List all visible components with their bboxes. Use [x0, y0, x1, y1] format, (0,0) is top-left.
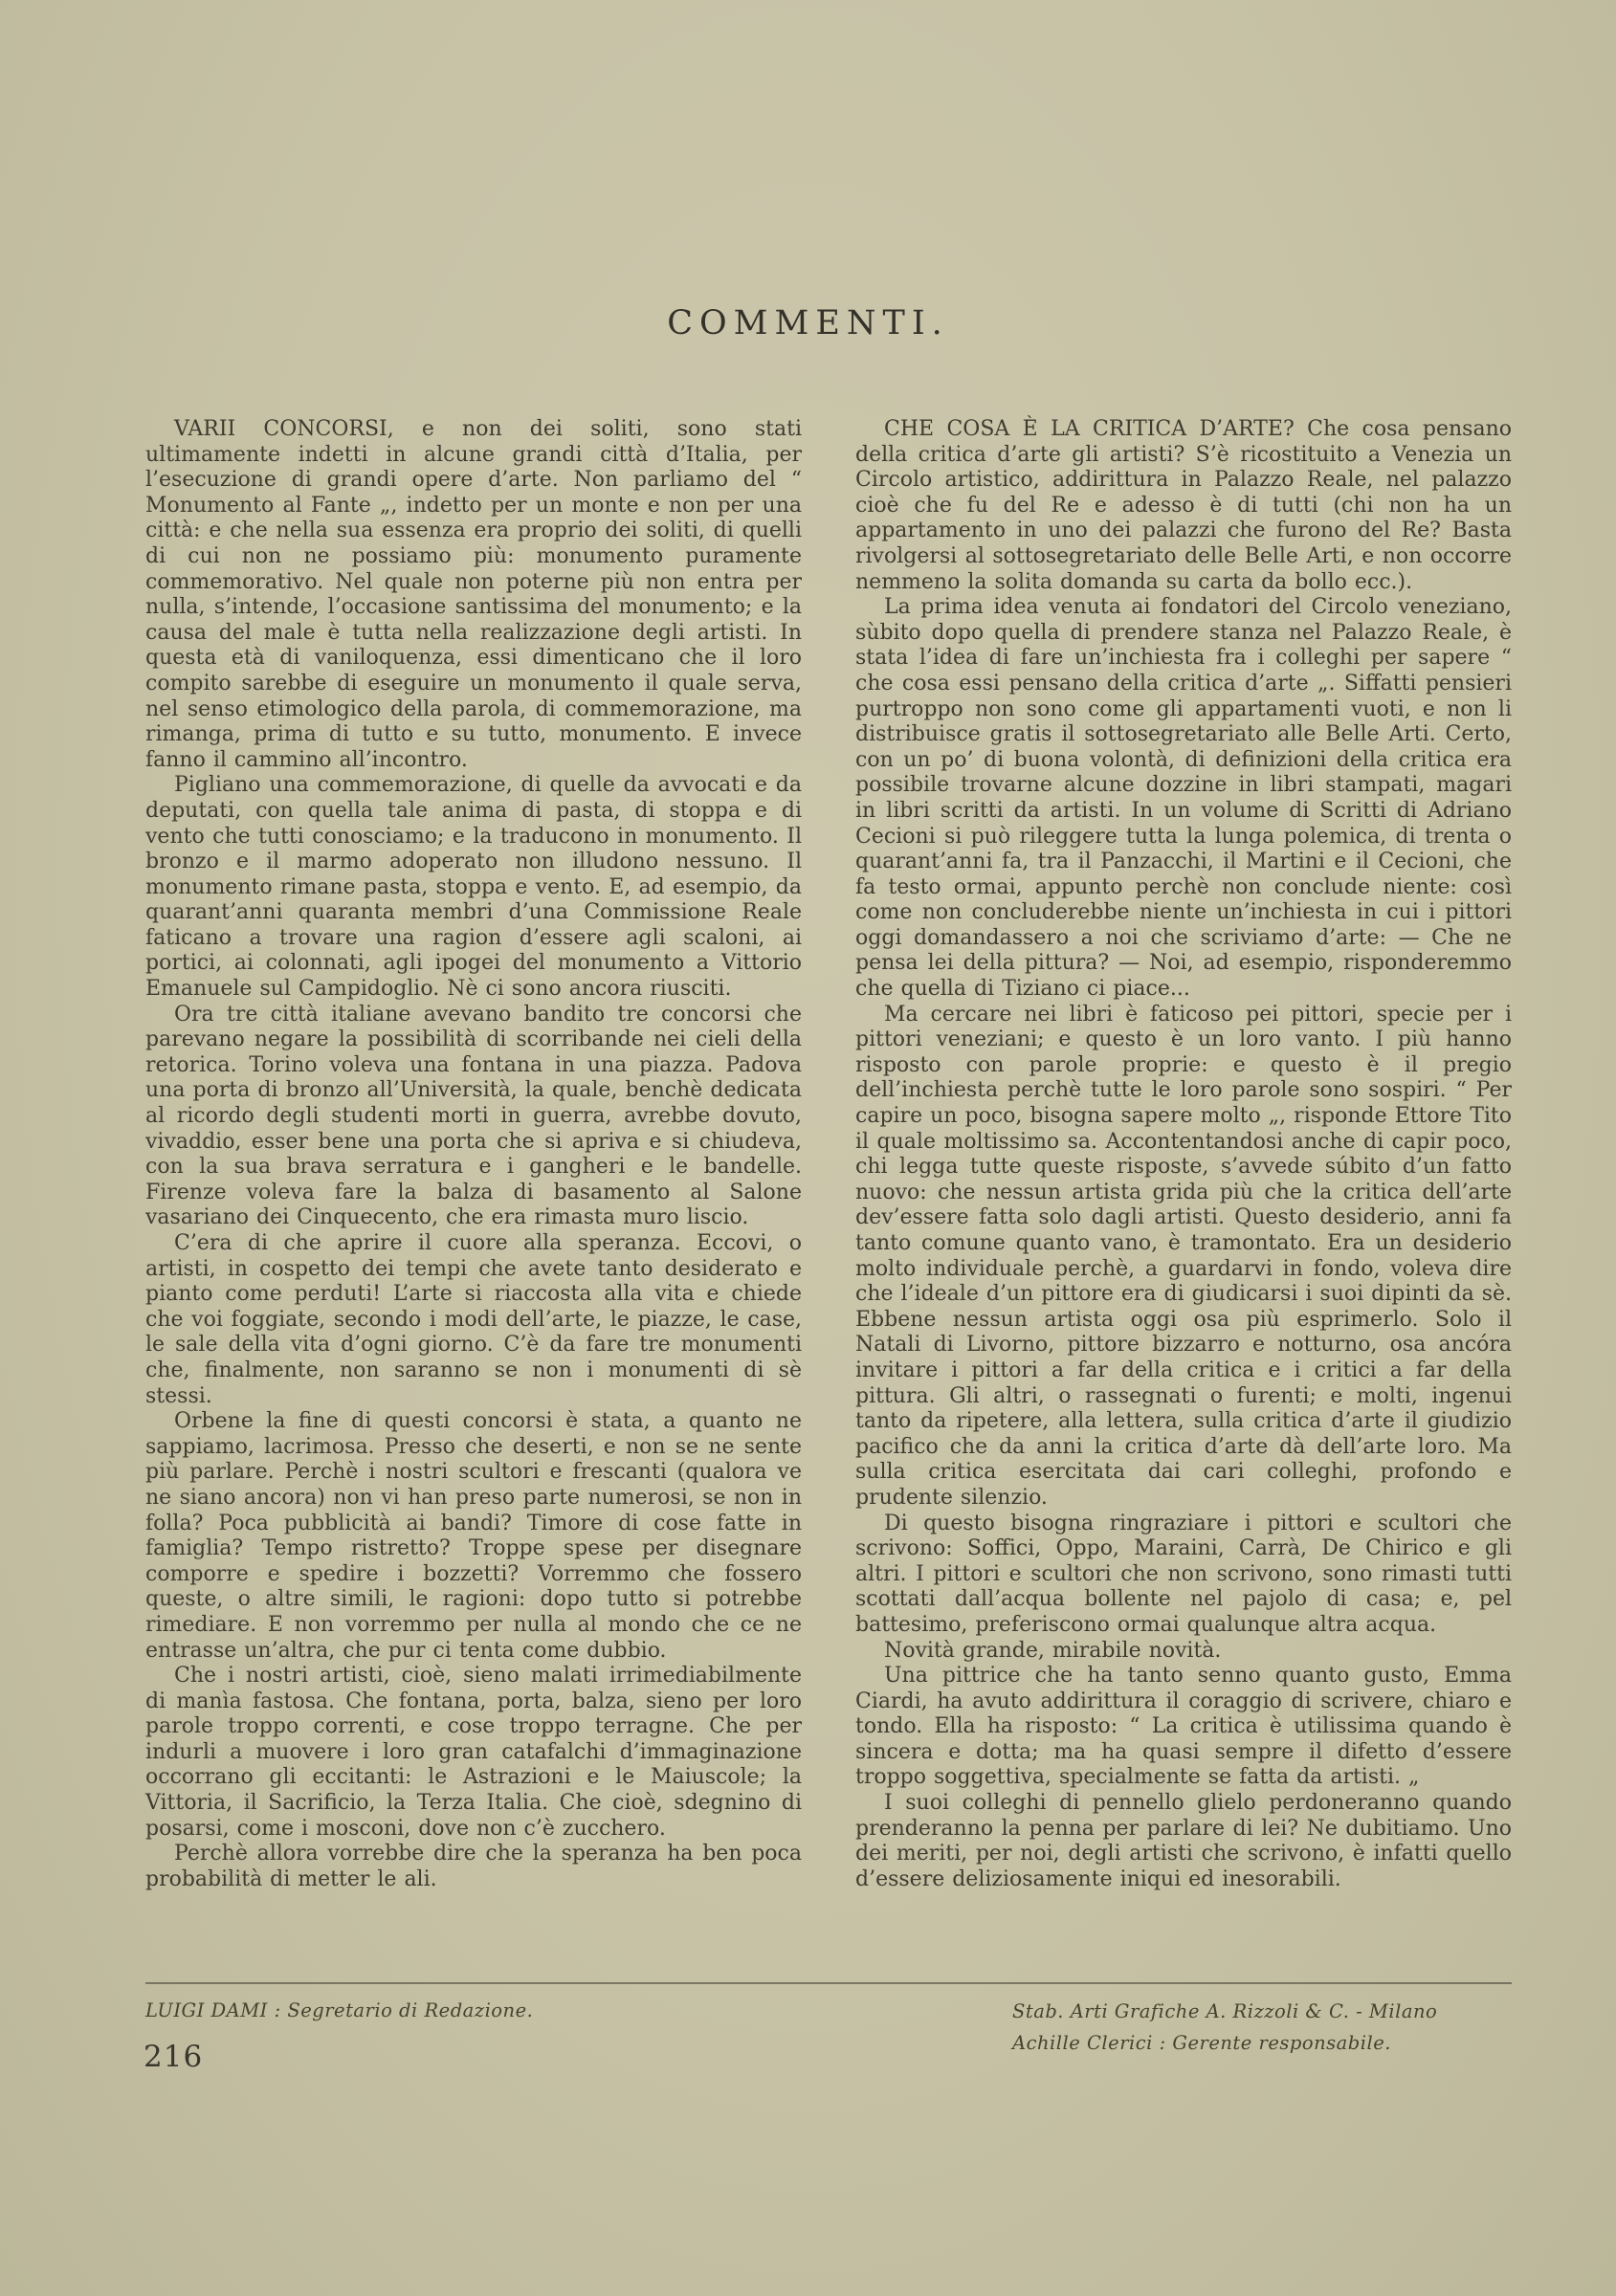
right-column: CHE COSA È LA CRITICA D’ARTE? Che cosa p… — [855, 417, 1512, 1892]
footer-divider — [145, 1982, 1512, 1984]
page-title: COMMENTI. — [0, 304, 1616, 342]
paragraph: Di questo bisogna ringraziare i pittori … — [855, 1512, 1512, 1639]
paragraph: Pigliano una commemorazione, di quelle d… — [145, 773, 802, 1002]
paragraph: CHE COSA È LA CRITICA D’ARTE? Che cosa p… — [855, 417, 1512, 595]
paragraph: C’era di che aprire il cuore alla speran… — [145, 1231, 802, 1409]
text-columns: VARII CONCORSI, e non dei soliti, sono s… — [145, 417, 1512, 1892]
paragraph: Ma cercare nei libri è faticoso pei pitt… — [855, 1003, 1512, 1512]
paragraph: Novità grande, mirabile novità. — [855, 1639, 1512, 1665]
editor-credit: LUIGI DAMI : Segretario di Redazione. — [145, 1999, 533, 2021]
printer-credit-block: Stab. Arti Grafiche A. Rizzoli & C. - Mi… — [1012, 1996, 1437, 2059]
printer-credit: Stab. Arti Grafiche A. Rizzoli & C. - Mi… — [1012, 1996, 1437, 2027]
paragraph: Che i nostri artisti, cioè, sieno malati… — [145, 1664, 802, 1842]
paragraph: La prima idea venuta ai fondatori del Ci… — [855, 595, 1512, 1003]
magazine-page: COMMENTI. VARII CONCORSI, e non dei soli… — [0, 0, 1616, 2296]
page-number: 216 — [144, 2040, 203, 2074]
manager-credit: Achille Clerici : Gerente responsabile. — [1012, 2027, 1437, 2059]
paragraph: I suoi colleghi di pennello glielo perdo… — [855, 1791, 1512, 1892]
paragraph: VARII CONCORSI, e non dei soliti, sono s… — [145, 417, 802, 773]
paragraph: Orbene la fine di questi concorsi è stat… — [145, 1409, 802, 1664]
paragraph: Una pittrice che ha tanto senno quanto g… — [855, 1664, 1512, 1791]
paragraph: Perchè allora vorrebbe dire che la spera… — [145, 1842, 802, 1892]
left-column: VARII CONCORSI, e non dei soliti, sono s… — [145, 417, 802, 1892]
paragraph: Ora tre città italiane avevano bandito t… — [145, 1003, 802, 1231]
